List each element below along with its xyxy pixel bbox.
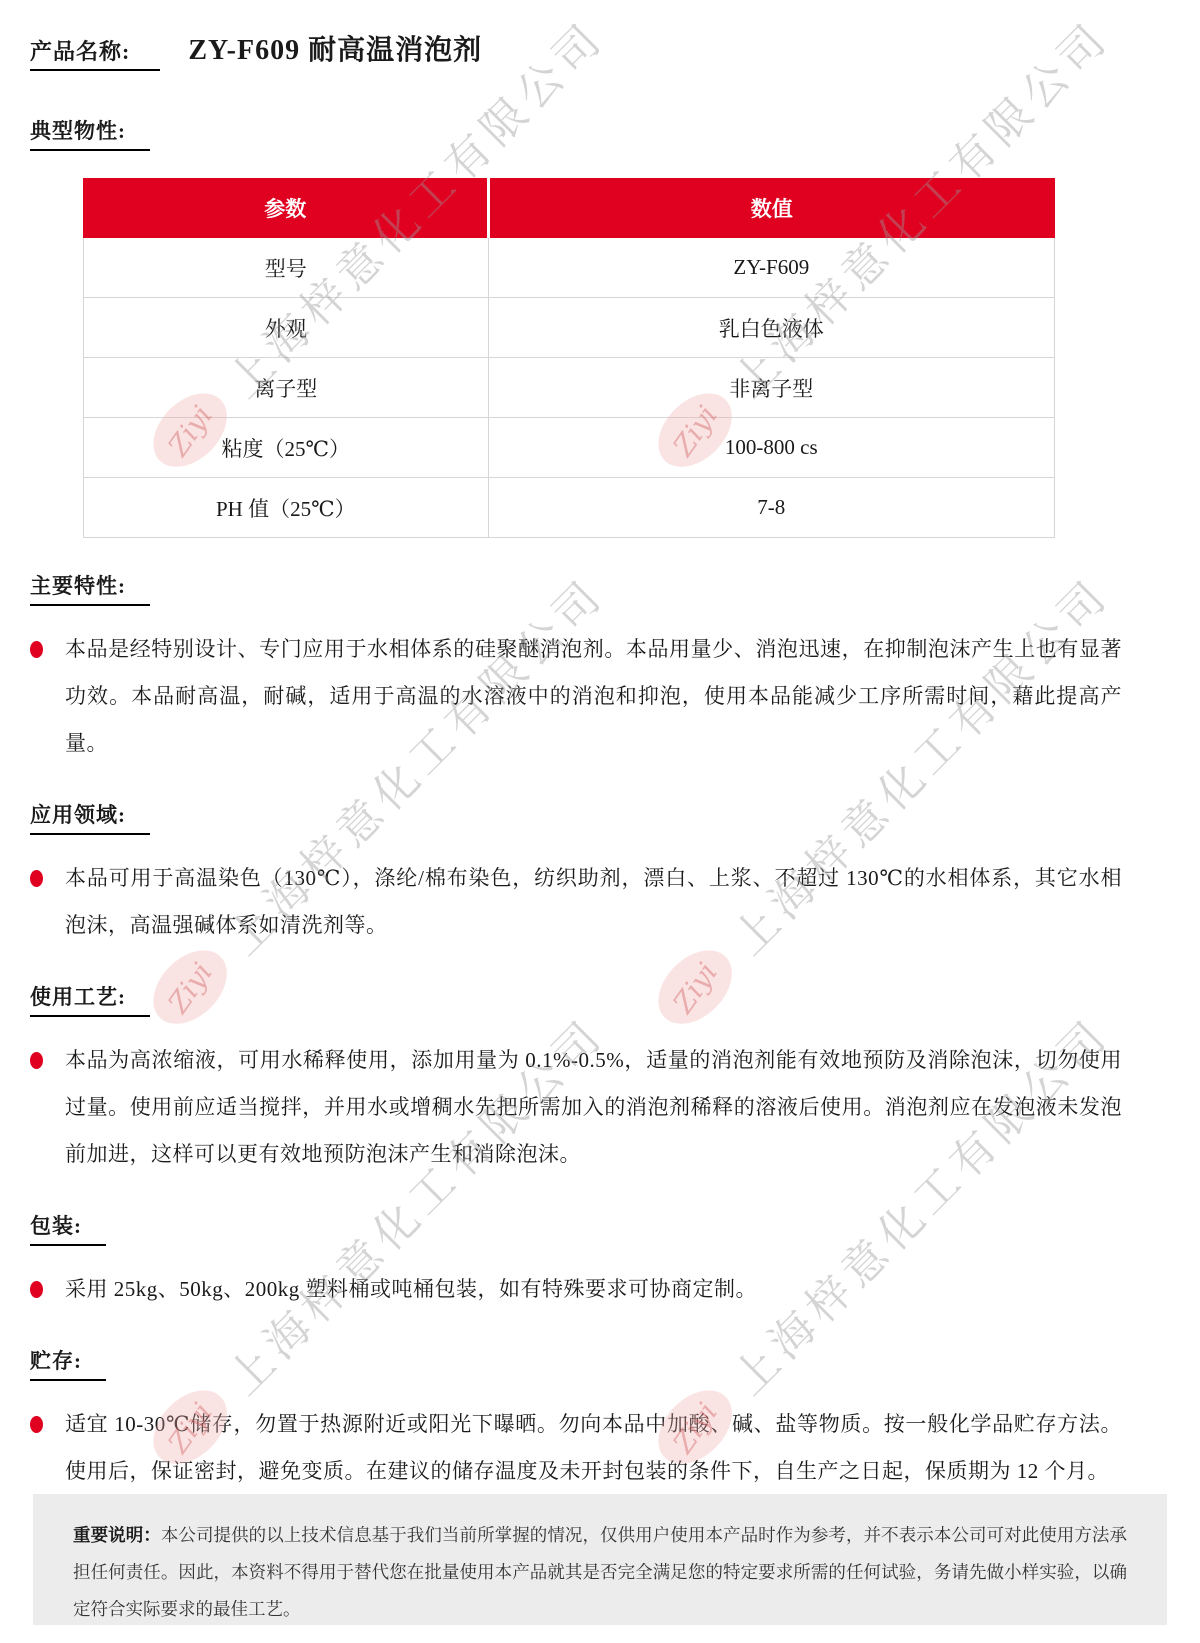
document-content: 产品名称: ZY-F609 耐高温消泡剂 典型物性: 参数 数值 型号 ZY-F… [0,0,1200,1495]
table-row: 离子型 非离子型 [84,358,1055,418]
table-header-row: 参数 数值 [84,179,1055,238]
applications-heading: 应用领域: [30,799,150,835]
document-page: 产品名称: ZY-F609 耐高温消泡剂 典型物性: 参数 数值 型号 ZY-F… [0,0,1200,1643]
table-cell-value: ZY-F609 [488,238,1054,298]
section-properties: 典型物性: [30,115,1122,151]
applications-text: 本品可用于高温染色（130℃），涤纶/棉布染色，纺织助剂，漂白、上浆、不超过 1… [65,855,1122,949]
features-heading: 主要特性: [30,570,150,606]
important-note-text: 本公司提供的以上技术信息基于我们当前所掌握的情况，仅供用户使用本产品时作为参考，… [73,1525,1127,1619]
table-cell-parameter: 外观 [84,298,489,358]
table-cell-value: 100-800 cs [488,418,1054,478]
list-item: 本品是经特别设计、专门应用于水相体系的硅聚醚消泡剂。本品用量少、消泡迅速，在抑制… [30,626,1122,767]
product-title: ZY-F609 耐高温消泡剂 [188,28,482,68]
features-text: 本品是经特别设计、专门应用于水相体系的硅聚醚消泡剂。本品用量少、消泡迅速，在抑制… [65,626,1122,767]
table-row: 粘度（25℃） 100-800 cs [84,418,1055,478]
table-row: PH 值（25℃） 7-8 [84,478,1055,538]
table-cell-parameter: PH 值（25℃） [84,478,489,538]
packaging-text: 采用 25kg、50kg、200kg 塑料桶或吨桶包装，如有特殊要求可协商定制。 [65,1266,757,1313]
section-storage: 贮存: [30,1345,1122,1381]
section-packaging: 包装: [30,1210,1122,1246]
table-cell-value: 乳白色液体 [488,298,1054,358]
list-item: 本品为高浓缩液，可用水稀释使用，添加用量为 0.1%-0.5%，适量的消泡剂能有… [30,1037,1122,1178]
product-name-label: 产品名称: [30,35,160,71]
section-usage: 使用工艺: [30,981,1122,1017]
table-cell-value: 7-8 [488,478,1054,538]
properties-table: 参数 数值 型号 ZY-F609 外观 乳白色液体 离子型 非离子型 [83,178,1055,538]
bullet-icon [30,641,43,658]
table-cell-value: 非离子型 [488,358,1054,418]
section-features: 主要特性: [30,570,1122,606]
list-item: 采用 25kg、50kg、200kg 塑料桶或吨桶包装，如有特殊要求可协商定制。 [30,1266,1122,1313]
important-note-label: 重要说明： [73,1525,161,1545]
bullet-icon [30,1416,43,1433]
usage-text: 本品为高浓缩液，可用水稀释使用，添加用量为 0.1%-0.5%，适量的消泡剂能有… [65,1037,1122,1178]
table-header-value: 数值 [488,179,1054,238]
document-header: 产品名称: ZY-F609 耐高温消泡剂 [30,28,1122,71]
list-item: 适宜 10-30℃储存，勿置于热源附近或阳光下曝晒。勿向本品中加酸、碱、盐等物质… [30,1401,1122,1495]
bullet-icon [30,1052,43,1069]
packaging-heading: 包装: [30,1210,106,1246]
list-item: 本品可用于高温染色（130℃），涤纶/棉布染色，纺织助剂，漂白、上浆、不超过 1… [30,855,1122,949]
table-cell-parameter: 离子型 [84,358,489,418]
table-cell-parameter: 粘度（25℃） [84,418,489,478]
bullet-icon [30,1281,43,1298]
usage-heading: 使用工艺: [30,981,150,1017]
table-row: 型号 ZY-F609 [84,238,1055,298]
table-cell-parameter: 型号 [84,238,489,298]
storage-heading: 贮存: [30,1345,106,1381]
table-header-parameter: 参数 [84,179,489,238]
section-applications: 应用领域: [30,799,1122,835]
bullet-icon [30,870,43,887]
important-note-box: 重要说明：本公司提供的以上技术信息基于我们当前所掌握的情况，仅供用户使用本产品时… [33,1494,1167,1625]
properties-heading: 典型物性: [30,115,150,151]
storage-text: 适宜 10-30℃储存，勿置于热源附近或阳光下曝晒。勿向本品中加酸、碱、盐等物质… [65,1401,1122,1495]
table-row: 外观 乳白色液体 [84,298,1055,358]
